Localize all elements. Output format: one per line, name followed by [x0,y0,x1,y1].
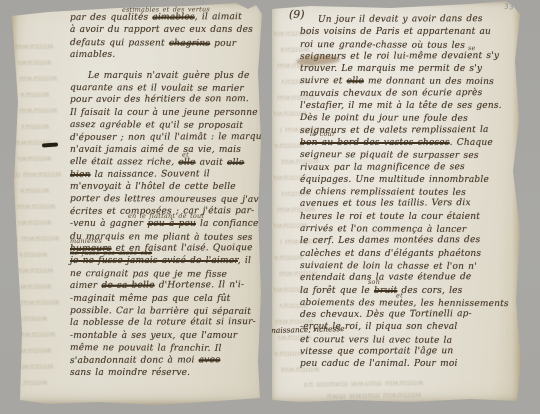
handwriting-text: la noblesse de la roture était si insur- [70,317,256,328]
manuscript-line: trouver. Le marquis me permit de s'y [300,63,512,75]
manuscript-line: la forêt que le bruit des cors, lesson [300,285,512,297]
manuscript-line: Le marquis n'avait guère plus de [70,70,262,82]
handwriting-text: -erçut le roi, il piqua son cheval [300,322,457,332]
manuscript-line: la noblesse de la roture était si insur- [70,316,262,329]
manuscript-line: des chevaux. Dès que Tortinelli ap- [300,308,512,321]
manuscript-line: Il faisait la cour à une jeune personne [70,107,262,119]
handwriting-text: sans la moindre réserve. [70,368,190,378]
manuscript-line: d'épouser ; non qu'il l'aimât : le marqu… [70,131,262,144]
handwriting-text: aimer [70,281,102,291]
struck-text: je ne fusse jamais avisé de l'aimer [70,256,238,266]
handwriting-text: à avoir du rapport avec eux dans des [70,25,253,35]
manuscript-line: sans la moindre réserve. [70,367,262,379]
handwriting-text: même ne pouvait la franchir. Il [70,343,222,354]
manuscript-line: bien la naissance. Souvent il [70,168,262,181]
handwriting-text: ne craignait pas que je me fisse [70,269,227,280]
manuscript-line: -venu à gagner peu à peu la confianceen … [70,218,262,230]
handwriting-text: Un jour il devait y avoir dans des [318,14,483,25]
handwriting-text: -maginait même pas que cela fût [70,294,230,304]
handwriting-text: entendait dans la vaste étendue de [300,272,471,283]
handwriting-text: avait [196,158,227,168]
manuscript-line: à avoir du rapport avec eux dans des [70,24,262,36]
handwriting-text: le cerf. Les dames montées dans des [300,235,480,246]
handwriting-text: vitesse que comportait l'âge un [300,346,453,357]
right-page-number: 33 [504,3,515,12]
interlinear-insertion: manières [70,237,102,244]
left-page: ʍuɯnʍm ɯnuʍw ʍuɯnʍm ɯnuʍʍuɯnʍm ɯnuʍw ɯwʍ… [8,2,264,406]
handwriting-text: m'envoyait à l'hôtel de cette belle [70,182,236,192]
manuscript-photo: ʍuɯnʍm ɯnuʍw ʍuɯnʍm ɯnuʍʍuɯnʍm ɯnuʍw ɯwʍ… [0,0,540,414]
struck-text: elle [178,158,195,168]
handwriting-text: trouver. Le marquis me permit de s'y [300,64,482,74]
struck-text: bruit [374,286,397,296]
handwriting-text: -venu à gagner [70,219,147,229]
handwriting-text: n'avait jamais aimé de sa vie, mais [70,145,241,155]
manuscript-line: heures le roi et toute la cour étaient [300,211,512,223]
handwriting-text: defauts qui passent [70,38,169,49]
struck-text: aimables [152,12,194,22]
handwriting-text: Dès le point du jour une foule des [300,113,468,124]
handwriting-text: roi une grande-chasse où tous les [300,40,465,51]
handwriting-text: et courut vers lui avec toute la [300,335,452,346]
handwriting-text: mauvais chevaux de son écurie après [300,88,482,99]
struck-text: bon au bord des vastes choses [300,138,450,148]
manuscript-line: Un jour il devait y avoir dans des [300,13,512,26]
handwriting-text: aimables. [70,50,115,60]
manuscript-line: rivaux par la magnificence de ses [300,160,512,173]
struck-text: peu à peu [147,219,196,229]
handwriting-text: seigneur se piquait de surpasser ses [300,150,479,161]
handwriting-text: équipages. Une multitude innombrable [300,175,489,185]
interlinear-insertion: la cour [310,131,335,138]
handwriting-text: pour avoir des héritiers de son nom. [70,94,249,105]
interlinear-insertion: son [368,279,380,286]
struck-text: bien [70,170,91,180]
handwriting-text: bois voisins de Paris et appartenant au [300,27,491,37]
handwriting-text: Le marquis n'avait guère plus de [88,71,250,81]
handwriting-text: pour [210,39,236,49]
handwriting-text: , il aimait [195,12,242,22]
handwriting-text: -montable à ses yeux, que l'amour [70,331,237,341]
manuscript-line: calèches et dans d'élégants phaétons [300,248,512,260]
manuscript-line: pour avoir des héritiers de son nom. [70,93,262,106]
manuscript-line: équipages. Une multitude innombrable [300,174,512,186]
manuscript-line: le cerf. Les dames montées dans des [300,234,512,247]
handwriting-text: assez agréable et qu'il se proposait [70,120,243,131]
manuscript-line: -montable à ses yeux, que l'amour [70,330,262,342]
interlinear-insertion: se [468,44,476,51]
right-page-stack-edge [512,1,522,405]
handwriting-text: la forêt que le [300,286,374,296]
struck-text: elle [347,77,364,87]
struck-text: de sa belle [101,281,154,291]
handwriting-text: la naissance. Souvent il [91,169,210,180]
handwriting-text: quarante ans et il voulait se marier [70,83,244,94]
handwriting-text: peu caduc de l'animal. Pour moi [300,359,458,369]
manuscript-line: aimer de sa belle d'Hortense. Il n'i- [70,279,262,292]
left-page-stack-edge [8,2,19,406]
handwriting-text: avenues et tous les taillis. Vers dix [300,199,471,210]
struck-text: avec [199,355,221,365]
manuscript-line: vitesse que comportait l'âge un [300,345,512,358]
handwriting-text: s'abandonnait donc à moi [70,355,199,366]
manuscript-line: par des qualités aimables, il aimaitesti… [70,11,262,24]
handwriting-text: calèches et dans d'élégants phaétons [300,249,481,259]
handwriting-text: suivre et [300,76,347,86]
interlinear-insertion: et [182,151,189,158]
handwriting-text: . Chaque [450,138,493,148]
handwriting-text: heures le roi et toute la cour étaient [300,212,480,222]
manuscript-line: je ne fusse jamais avisé de l'aimer, iln… [70,255,262,267]
manuscript-line: -maginait même pas que cela fût [70,293,262,305]
struck-text: elle [227,158,244,168]
manuscript-line: avenues et tous les taillis. Vers dix [300,197,512,210]
handwriting-text: , il [238,256,251,266]
interlinear-insertion: estimables et des vertus [122,6,210,13]
manuscript-line: s'abandonnait donc à moi avec [70,354,262,367]
right-page-text: Un jour il devait y avoir dans desbois v… [300,14,512,371]
handwriting-text: d'épouser ; non qu'il l'aimât : le marqu… [70,131,270,142]
manuscript-line: bois voisins de Paris et appartenant au [300,26,512,38]
interlinear-insertion: en le flattant de tout [128,213,204,220]
manuscript-line: mauvais chevaux de son écurie après [300,87,512,100]
manuscript-line: m'envoyait à l'hôtel de cette belle [70,181,262,193]
handwriting-text: Il faisait la cour à une jeune personne [70,108,258,118]
interlinear-insertion: et [396,292,403,299]
handwriting-text: l'estafier, il me mit à la tête de ses g… [300,101,502,111]
manuscript-line: n'avait jamais aimé de sa vie, mais [70,144,262,156]
struck-text: chagrins [169,38,210,48]
left-page-text: par des qualités aimables, il aimaitesti… [70,12,262,379]
handwriting-text: la confiance [196,219,259,229]
handwriting-text: des chevaux. Dès que Tortinelli ap- [300,309,472,320]
manuscript-line: bon au bord des vastes choses. Chaquela … [300,137,512,149]
handwriting-text: elle était assez riche, [70,157,178,168]
interlinear-insertion: ne fusse pas assez osé [70,250,152,257]
manuscript-line: l'estafier, il me mit à la tête de ses g… [300,100,512,112]
handwriting-text: d'Hortense. Il n'i- [155,280,245,290]
manuscript-line: entendait dans la vaste étendue de [300,271,512,284]
manuscript-line: aimables. [70,48,262,61]
handwriting-text: porter des lettres amoureuses que j'avai… [70,194,272,205]
handwriting-text: me donnant un des moins [364,77,494,88]
handwriting-text: par des qualités [70,13,152,23]
manuscript-line: -erçut le roi, il piqua son cheval [300,321,512,333]
handwriting-text: rivaux par la magnificence de ses [300,162,465,173]
handwriting-text: des cors, les [397,286,462,296]
manuscript-line: peu caduc de l'animal. Pour moi [300,358,512,370]
